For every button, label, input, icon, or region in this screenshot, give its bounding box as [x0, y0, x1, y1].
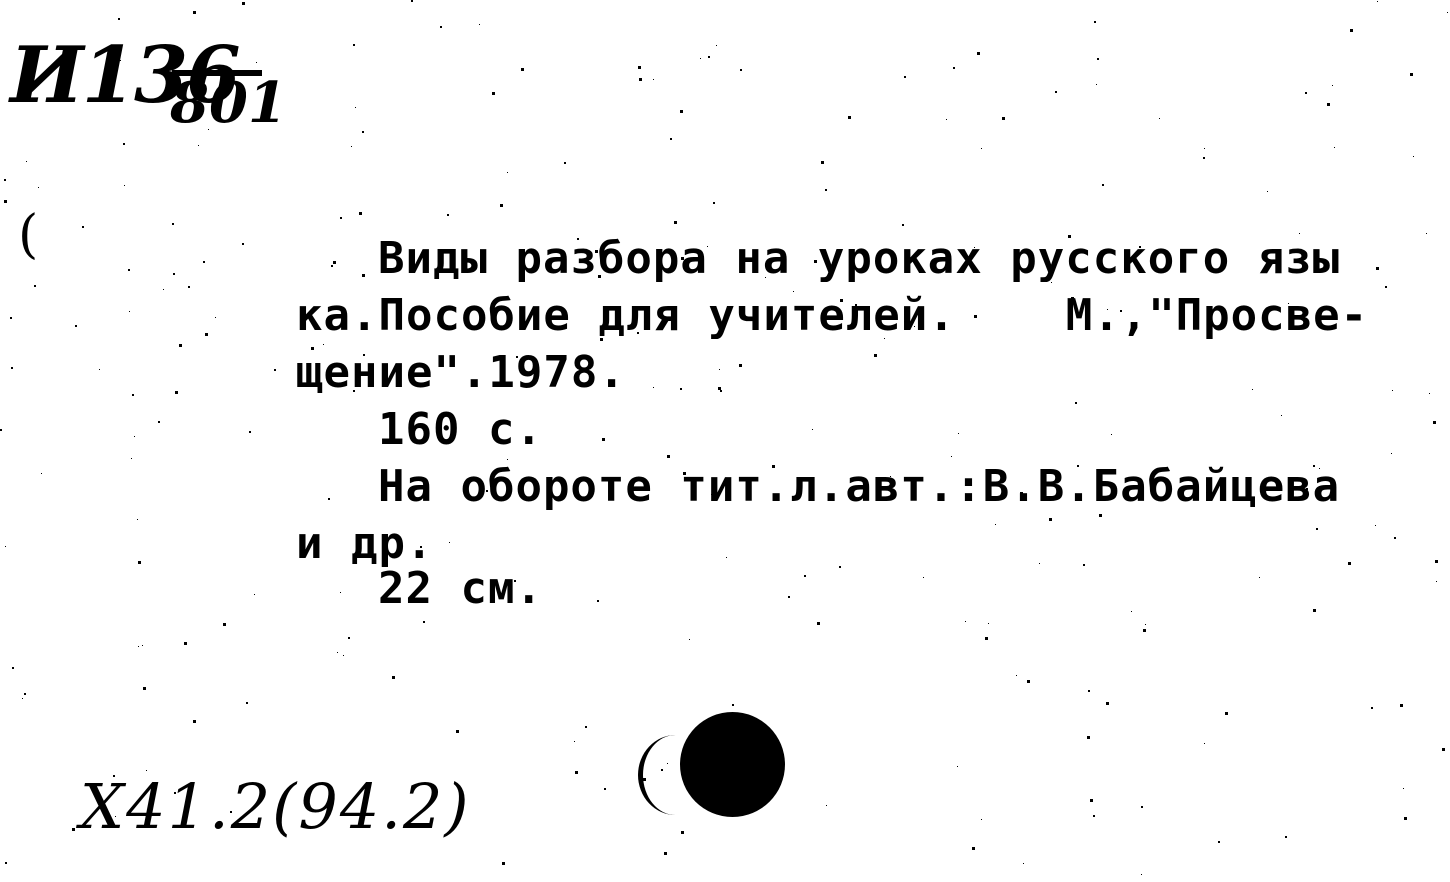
- speckle: [772, 465, 775, 468]
- speckle: [995, 524, 996, 525]
- speckle: [359, 212, 362, 215]
- speckle: [585, 726, 587, 728]
- speckle: [1083, 564, 1085, 566]
- entry-line-title: Виды разбора на уроках русского язы: [378, 230, 1340, 287]
- speckle: [41, 473, 42, 474]
- speckle: [1131, 611, 1132, 612]
- speckle: [370, 542, 372, 544]
- speckle: [855, 304, 857, 306]
- speckle: [719, 369, 720, 370]
- speckle: [142, 645, 143, 646]
- speckle: [208, 129, 209, 130]
- speckle: [637, 332, 639, 334]
- speckle: [1204, 148, 1205, 149]
- speckle: [440, 26, 442, 28]
- speckle: [1348, 562, 1351, 565]
- speckle: [1429, 393, 1430, 394]
- speckle: [946, 119, 947, 120]
- speckle: [597, 600, 599, 602]
- speckle: [479, 24, 480, 25]
- speckle: [1385, 286, 1387, 288]
- speckle: [353, 390, 355, 392]
- speckle: [674, 221, 677, 224]
- speckle: [661, 769, 663, 771]
- speckle: [643, 778, 646, 781]
- speckle: [134, 436, 135, 437]
- speckle: [348, 637, 350, 639]
- speckle: [1204, 743, 1205, 744]
- speckle: [732, 704, 734, 706]
- speckle: [972, 847, 975, 850]
- speckle: [203, 261, 205, 263]
- speckle: [1077, 465, 1079, 467]
- speckle: [574, 741, 575, 742]
- speckle: [707, 246, 708, 247]
- speckle: [598, 275, 601, 278]
- speckle: [1075, 402, 1077, 404]
- speckle: [680, 388, 682, 390]
- speckle: [362, 274, 365, 277]
- speckle: [638, 66, 641, 69]
- speckle: [1090, 799, 1093, 802]
- speckle: [12, 667, 14, 669]
- speckle: [22, 698, 23, 699]
- speckle: [667, 763, 668, 764]
- speckle: [456, 730, 459, 733]
- speckle: [974, 247, 975, 248]
- speckle: [951, 456, 952, 457]
- entry-line-publisher: щение".1978.: [296, 344, 626, 401]
- speckle: [138, 561, 141, 564]
- speckle: [351, 146, 352, 147]
- speckle: [256, 62, 257, 63]
- speckle: [4, 179, 6, 181]
- speckle: [974, 315, 977, 318]
- speckle: [1285, 836, 1287, 838]
- speckle: [814, 260, 817, 263]
- speckle: [726, 557, 727, 558]
- speckle: [577, 238, 579, 240]
- speckle: [1218, 841, 1220, 843]
- speckle: [337, 652, 338, 653]
- speckle: [392, 676, 395, 679]
- speckle: [653, 79, 654, 80]
- speckle: [1111, 434, 1112, 435]
- speckle: [343, 655, 344, 656]
- classification-code: Х41.2(94.2): [80, 770, 471, 843]
- speckle: [1039, 563, 1040, 564]
- speckle: [689, 639, 690, 640]
- speckle: [1145, 624, 1146, 625]
- speckle: [1267, 191, 1268, 192]
- speckle: [1436, 581, 1437, 582]
- speckle: [681, 831, 684, 834]
- speckle: [246, 702, 248, 704]
- speckle: [223, 623, 226, 626]
- speckle: [681, 257, 684, 260]
- speckle: [242, 2, 245, 5]
- speckle: [362, 131, 364, 133]
- speckle: [82, 226, 84, 228]
- speckle: [1055, 91, 1057, 93]
- speckle: [11, 367, 13, 369]
- speckle: [113, 775, 115, 777]
- speckle: [99, 369, 100, 370]
- speckle: [1350, 29, 1353, 32]
- speckle: [1096, 84, 1097, 85]
- speckle: [5, 546, 6, 547]
- speckle: [193, 11, 196, 14]
- speckle: [1093, 815, 1095, 817]
- speckle: [788, 596, 790, 598]
- speckle: [1413, 156, 1414, 157]
- speckle: [137, 519, 138, 520]
- speckle: [1099, 514, 1102, 517]
- speckle: [400, 311, 401, 312]
- speckle: [1392, 390, 1393, 391]
- speckle: [249, 431, 251, 433]
- entry-line-pages: 160 с.: [378, 401, 543, 458]
- speckle: [1143, 629, 1146, 632]
- speckle: [874, 354, 877, 357]
- speckle: [1375, 525, 1376, 526]
- speckle: [1102, 184, 1104, 186]
- speckle: [821, 161, 824, 164]
- speckle: [363, 354, 365, 356]
- speckle: [914, 326, 915, 327]
- speckle: [1433, 421, 1436, 424]
- speckle: [163, 289, 164, 290]
- speckle: [120, 60, 121, 61]
- speckle: [670, 138, 672, 140]
- speckle: [353, 44, 355, 46]
- speckle: [1327, 103, 1330, 106]
- speckle: [516, 356, 518, 358]
- speckle: [10, 317, 12, 319]
- speckle: [34, 285, 36, 287]
- speckle: [75, 325, 77, 327]
- speckle: [449, 542, 450, 543]
- speckle: [839, 566, 841, 568]
- speckle: [355, 107, 356, 108]
- speckle: [1159, 118, 1160, 119]
- speckle: [1027, 680, 1030, 683]
- speckle: [1088, 690, 1090, 692]
- speckle: [132, 394, 134, 396]
- speckle: [198, 145, 199, 146]
- speckle: [333, 261, 336, 264]
- speckle: [825, 189, 827, 191]
- speckle: [1313, 465, 1315, 467]
- speckle: [274, 369, 276, 371]
- speckle: [242, 243, 244, 245]
- speckle: [1377, 1, 1378, 2]
- speckle: [711, 494, 712, 495]
- speckle: [423, 621, 425, 623]
- speckle: [840, 299, 843, 302]
- speckle: [1305, 92, 1307, 94]
- speckle: [1094, 21, 1096, 23]
- speckle: [680, 110, 683, 113]
- speckle: [123, 143, 125, 145]
- shelf-mark-denominator: 801: [170, 70, 262, 136]
- speckle: [507, 459, 508, 460]
- speckle: [739, 364, 742, 367]
- speckle: [902, 224, 904, 226]
- speckle: [981, 819, 982, 820]
- speckle: [1020, 492, 1023, 495]
- speckle: [848, 116, 851, 119]
- speckle: [1332, 85, 1333, 86]
- speckle: [957, 766, 958, 767]
- speckle: [502, 862, 505, 865]
- speckle: [1447, 12, 1448, 13]
- speckle: [1071, 297, 1074, 300]
- speckle: [1225, 712, 1228, 715]
- speckle: [1252, 389, 1253, 390]
- speckle: [812, 429, 813, 430]
- speckle: [1259, 577, 1260, 578]
- speckle: [817, 622, 820, 625]
- speckle: [514, 580, 516, 582]
- speckle: [172, 223, 174, 225]
- speckle: [1016, 675, 1017, 676]
- speckle: [1120, 310, 1122, 312]
- speckle: [340, 217, 342, 219]
- entry-line-size: 22 см.: [378, 560, 543, 617]
- speckle: [923, 577, 924, 578]
- speckle: [723, 799, 726, 802]
- speckle: [1376, 267, 1379, 270]
- speckle: [708, 56, 710, 58]
- speckle: [1068, 235, 1071, 238]
- speckle: [507, 172, 508, 173]
- speckle: [667, 455, 670, 458]
- speckle: [328, 498, 330, 500]
- speckle: [1391, 453, 1392, 454]
- speckle: [720, 390, 722, 392]
- speckle: [1097, 58, 1099, 60]
- speckle: [215, 317, 216, 318]
- speckle: [205, 333, 208, 336]
- punch-hole: [680, 712, 785, 817]
- speckle: [26, 161, 27, 162]
- speckle: [958, 433, 959, 434]
- speckle: [713, 202, 715, 204]
- speckle: [1400, 704, 1403, 707]
- speckle: [1442, 748, 1445, 751]
- speckle: [174, 792, 176, 794]
- speckle: [1299, 233, 1300, 234]
- speckle: [486, 490, 488, 492]
- entry-line-authors: На обороте тит.л.авт.:В.В.Бабайцева: [378, 458, 1340, 515]
- speckle: [115, 816, 116, 817]
- catalog-card: И136 801 ( Виды разбора на уроках русско…: [0, 0, 1450, 882]
- speckle: [118, 18, 120, 20]
- speckle: [1155, 300, 1157, 302]
- speckle: [1051, 282, 1052, 283]
- speckle: [24, 693, 26, 695]
- speckle: [904, 76, 906, 78]
- speckle: [765, 277, 766, 278]
- speckle: [521, 68, 524, 71]
- speckle: [804, 575, 806, 577]
- speckle: [683, 472, 686, 475]
- speckle: [1106, 702, 1109, 705]
- speckle: [1288, 303, 1289, 304]
- speckle: [1087, 736, 1090, 739]
- speckle: [953, 67, 955, 69]
- entry-line-title-cont: ка.Пособие для учителей. М.,"Просве-: [296, 287, 1368, 344]
- speckle: [38, 187, 39, 188]
- speckle: [1316, 528, 1318, 530]
- speckle: [1306, 488, 1308, 490]
- speckle: [600, 338, 603, 341]
- speckle: [230, 811, 232, 813]
- speckle: [965, 621, 966, 622]
- speckle: [175, 391, 178, 394]
- speckle: [740, 69, 742, 71]
- speckle: [1426, 233, 1427, 234]
- speckle: [4, 200, 7, 203]
- speckle: [311, 347, 314, 350]
- speckle: [1281, 415, 1282, 416]
- speckle: [131, 458, 132, 459]
- speckle: [323, 344, 324, 345]
- speckle: [1403, 788, 1404, 789]
- speckle: [1139, 246, 1141, 248]
- speckle: [793, 291, 794, 292]
- speckle: [1023, 863, 1024, 864]
- speckle: [890, 476, 891, 477]
- speckle: [700, 58, 701, 59]
- speckle: [604, 788, 606, 790]
- speckle: [254, 594, 255, 595]
- speckle: [575, 771, 578, 774]
- speckle: [595, 250, 598, 253]
- shelf-mark-fraction: 801: [170, 70, 262, 136]
- speckle: [1141, 874, 1142, 875]
- speckle: [411, 0, 413, 2]
- speckle: [188, 286, 190, 288]
- speckle: [825, 257, 826, 258]
- speckle: [173, 273, 175, 275]
- speckle: [981, 148, 982, 149]
- speckle: [492, 92, 495, 95]
- speckle: [0, 429, 2, 431]
- speckle: [193, 720, 196, 723]
- speckle: [653, 387, 654, 388]
- speckle: [138, 646, 139, 647]
- speckle: [179, 103, 180, 104]
- speckle: [184, 642, 187, 645]
- speckle: [988, 623, 989, 624]
- speckle: [1435, 560, 1438, 563]
- speckle: [5, 862, 7, 864]
- speckle: [143, 687, 146, 690]
- speckle: [124, 185, 125, 186]
- speckle: [447, 214, 449, 216]
- speckle: [1334, 147, 1335, 148]
- speckle: [1394, 537, 1396, 539]
- speckle: [1371, 707, 1373, 709]
- speckle: [500, 204, 503, 207]
- speckle: [1203, 157, 1205, 159]
- speckle: [1313, 609, 1316, 612]
- speckle: [128, 269, 130, 271]
- speckle: [72, 828, 75, 831]
- speckle: [744, 798, 747, 801]
- speckle: [826, 805, 827, 806]
- speckle: [146, 770, 147, 771]
- speckle: [564, 162, 566, 164]
- speckle: [129, 311, 130, 312]
- speckle: [372, 546, 373, 547]
- speckle: [1049, 518, 1052, 521]
- speckle: [331, 265, 333, 267]
- speckle: [639, 78, 642, 81]
- speckle: [977, 52, 980, 55]
- speckle: [1002, 117, 1005, 120]
- speckle: [664, 852, 667, 855]
- speckle: [716, 45, 717, 46]
- speckle: [420, 546, 422, 548]
- speckle: [602, 438, 605, 441]
- margin-mark: (: [18, 205, 38, 265]
- speckle: [1410, 73, 1413, 76]
- speckle: [158, 421, 160, 423]
- speckle: [1319, 468, 1320, 469]
- speckle: [179, 344, 182, 347]
- speckle: [1107, 309, 1108, 310]
- speckle: [1141, 806, 1143, 808]
- speckle: [985, 637, 988, 640]
- speckle: [340, 592, 341, 593]
- speckle: [1404, 817, 1407, 820]
- speckle: [884, 338, 885, 339]
